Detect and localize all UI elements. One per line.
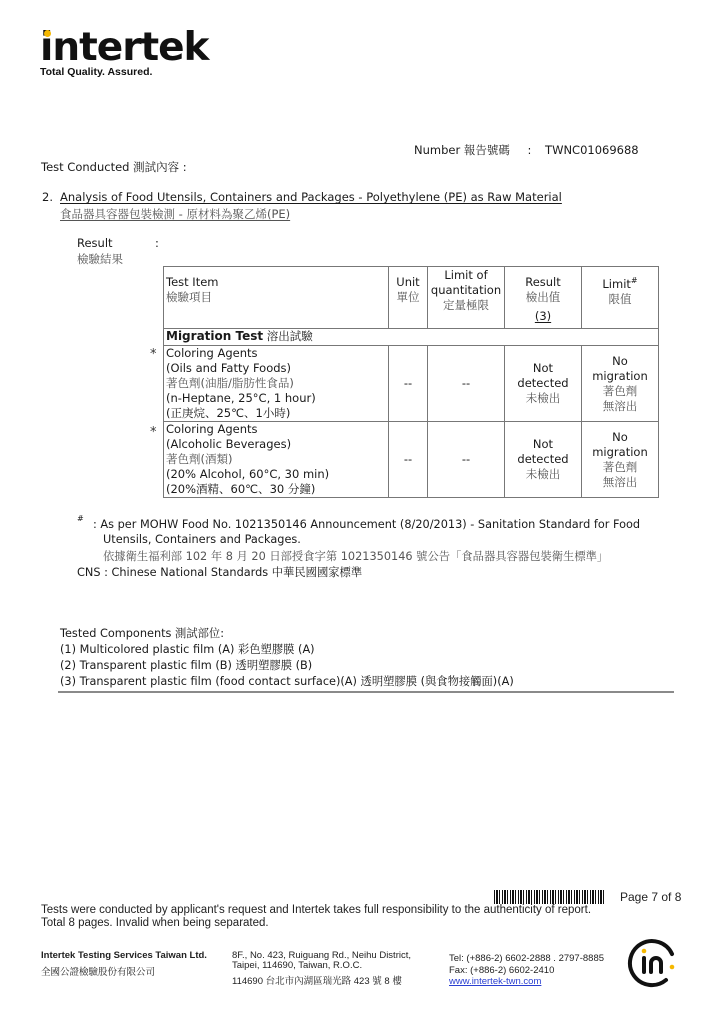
address-cn: 114690 台北市內湖區瑞光路 423 號 8 樓 (232, 973, 402, 987)
section-title-cn: 食品器具容器包裝檢測 - 原材料為聚乙烯(PE) (60, 206, 290, 222)
report-number: Number 報告號碼 : TWNC01069688 (414, 142, 639, 158)
footnote-hash-mark: # (77, 514, 84, 523)
row-line: (Alcoholic Beverages) (166, 437, 386, 452)
row-line: (20% Alcohol, 60°C, 30 min) (166, 467, 386, 482)
row-limit-cn2: 無溶出 (584, 475, 656, 490)
result-label-sep: : (155, 236, 159, 250)
row-loq: -- (428, 422, 505, 498)
row-line: 著色劑(酒類) (166, 452, 386, 467)
company-name-cn: 全國公證檢驗股份有限公司 (41, 964, 155, 978)
row-limit: No migration 著色劑 無溶出 (582, 346, 659, 422)
header-unit-en: Unit (391, 275, 425, 290)
row-limit-en: No migration (584, 430, 656, 460)
row-unit: -- (389, 346, 428, 422)
phone-number: Tel: (+886-2) 6602-2888 . 2797-8885 (449, 953, 604, 964)
row-unit: -- (389, 422, 428, 498)
group-migration-test: Migration Test 溶出試驗 (164, 329, 659, 346)
header-test-item-cn: 檢驗項目 (166, 290, 386, 305)
website-link[interactable]: www.intertek-twn.com (449, 976, 541, 987)
header-loq-cn: 定量極限 (430, 298, 502, 313)
row-limit: No migration 著色劑 無溶出 (582, 422, 659, 498)
header-limit: Limit# 限值 (582, 267, 659, 329)
company-name-en: Intertek Testing Services Taiwan Ltd. (41, 950, 207, 961)
row-limit-cn1: 著色劑 (584, 460, 656, 475)
footer-disclaimer: Tests were conducted by applicant's requ… (41, 904, 591, 916)
row-limit-en: No migration (584, 354, 656, 384)
result-label-en: Result (77, 236, 113, 250)
row-line: Coloring Agents (166, 422, 386, 437)
component-item: (1) Multicolored plastic film (A) 彩色塑膠膜 … (60, 641, 315, 657)
page-indicator: Page 7 of 8 (620, 890, 681, 904)
footer-pages-note: Total 8 pages. Invalid when being separa… (41, 917, 269, 929)
row-line: (20%酒精、60℃、30 分鐘) (166, 482, 386, 497)
barcode-icon (494, 890, 606, 904)
footnote-line1: : As per MOHW Food No. 1021350146 Announ… (93, 518, 640, 531)
row-line: Coloring Agents (166, 346, 386, 361)
row-limit-cn1: 著色劑 (584, 384, 656, 399)
header-unit: Unit 單位 (389, 267, 428, 329)
row-result: Not detected 未檢出 (505, 346, 582, 422)
footnote-cns: CNS : Chinese National Standards 中華民國國家標… (77, 564, 362, 580)
group-title-en: Migration Test (166, 329, 263, 343)
row-result-en: Not detected (507, 361, 579, 391)
header-loq: Limit of quantitation 定量極限 (428, 267, 505, 329)
header-result: Result 檢出值 (3) (505, 267, 582, 329)
header-result-ref: (3) (507, 309, 579, 324)
header-test-item-en: Test Item (166, 275, 386, 290)
fax-number: Fax: (+886-2) 6602-2410 (449, 965, 554, 976)
row-result-en: Not detected (507, 437, 579, 467)
row-result-cn: 未檢出 (507, 391, 579, 406)
test-conducted-label: Test Conducted 測試內容 : (41, 159, 187, 175)
row-result-cn: 未檢出 (507, 467, 579, 482)
header-result-cn: 檢出值 (507, 290, 579, 305)
header-loq-en2: quantitation (430, 283, 502, 298)
result-label-cn: 檢驗結果 (77, 251, 123, 267)
logo-dot-icon (44, 30, 51, 37)
report-number-sep: : (528, 143, 532, 157)
results-table: Test Item 檢驗項目 Unit 單位 Limit of quantita… (163, 266, 659, 498)
footnote-line3: 依據衛生福利部 102 年 8 月 20 日部授食字第 1021350146 號… (103, 548, 608, 564)
intertek-logo: intertek Total Quality. Assured. (40, 28, 209, 78)
row-result: Not detected 未檢出 (505, 422, 582, 498)
footnote-line2: Utensils, Containers and Packages. (103, 533, 301, 546)
row-test-item: Coloring Agents (Oils and Fatty Foods) 著… (164, 346, 389, 422)
section-divider (58, 691, 674, 693)
report-number-value: TWNC01069688 (545, 143, 639, 157)
row-line: (Oils and Fatty Foods) (166, 361, 386, 376)
row-line: (n-Heptane, 25°C, 1 hour) (166, 391, 386, 406)
address-line2: Taipei, 114690, Taiwan, R.O.C. (232, 960, 362, 971)
header-test-item: Test Item 檢驗項目 (164, 267, 389, 329)
row-limit-cn2: 無溶出 (584, 399, 656, 414)
header-unit-cn: 單位 (391, 290, 425, 305)
row-line: 著色劑(油脂/脂肪性食品) (166, 376, 386, 391)
component-item: (3) Transparent plastic film (food conta… (60, 673, 514, 689)
group-title-cn: 溶出試驗 (267, 329, 313, 343)
intertek-in-logo-icon (626, 936, 678, 988)
report-number-label: Number 報告號碼 (414, 143, 510, 157)
table-row: Coloring Agents (Alcoholic Beverages) 著色… (164, 422, 659, 498)
component-item: (2) Transparent plastic film (B) 透明塑膠膜 (… (60, 657, 312, 673)
table-group-row: Migration Test 溶出試驗 (164, 329, 659, 346)
row-marker-asterisk: * (150, 347, 157, 362)
row-line: (正庚烷、25℃、1小時) (166, 406, 386, 421)
section-title-en: Analysis of Food Utensils, Containers an… (60, 190, 562, 204)
row-marker-asterisk: * (150, 425, 157, 440)
row-loq: -- (428, 346, 505, 422)
table-row: Coloring Agents (Oils and Fatty Foods) 著… (164, 346, 659, 422)
header-limit-sup: # (631, 276, 638, 285)
header-limit-en: Limit (602, 277, 631, 291)
header-loq-en1: Limit of (430, 268, 502, 283)
header-result-en: Result (507, 275, 579, 290)
header-limit-cn: 限值 (584, 292, 656, 307)
row-test-item: Coloring Agents (Alcoholic Beverages) 著色… (164, 422, 389, 498)
table-header-row: Test Item 檢驗項目 Unit 單位 Limit of quantita… (164, 267, 659, 329)
section-index: 2. (42, 190, 53, 204)
components-title: Tested Components 測試部位: (60, 625, 224, 641)
logo-text: intertek (40, 25, 209, 70)
